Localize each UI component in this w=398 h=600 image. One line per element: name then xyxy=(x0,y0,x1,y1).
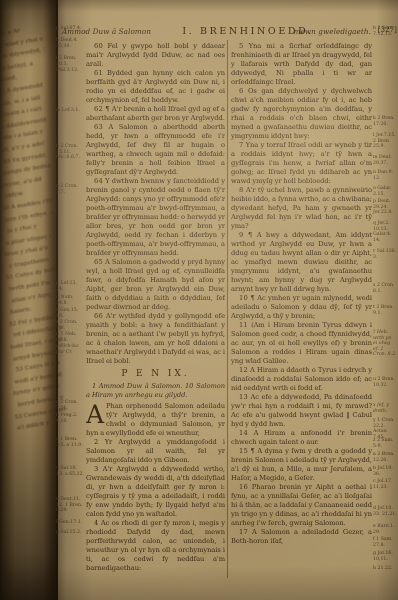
margin-cross-reference: c 1 Bren. 3.5. a 11.9. xyxy=(56,437,85,448)
previous-page-text-line: ddile i a talan y xyxy=(0,126,49,146)
margin-cross-reference: x ſef, y dreth. xyxy=(373,403,397,414)
chapter-argument: 1 Ammod Duw â Salomon. 10 Salomon a Hira… xyxy=(86,382,225,400)
verse-number: 7 xyxy=(239,141,243,149)
verse-number: 15 ¶ xyxy=(239,447,255,455)
previous-page-text-line: bron y rhai a'u xyxy=(4,242,56,262)
margin-cross-reference: u 2 Bren. 10.32. xyxy=(373,377,397,388)
margin-cross-reference: i 2 Bren. 20.3. xyxy=(56,56,85,67)
verse-paragraph: 61 Bydded gan hynny eich calon yn berffa… xyxy=(86,69,225,105)
left-text-column: 60 Fel y gwypo holl bobl y ddaear mai'r … xyxy=(86,42,225,579)
margin-cross-reference: y 1 Cron. 22.2. Actau 7.45. xyxy=(373,418,397,440)
margin-cross-reference: n 2 Cron. 15.11. Mic.6.6,7. xyxy=(56,144,85,161)
margin-cross-reference: g Sal.15.2. xyxy=(56,530,85,536)
margin-cross-reference: g Sal.67.4. xyxy=(56,26,85,32)
verse-number: 17 xyxy=(239,528,248,536)
verse-paragraph: 9 ¶ A hwy a ddywedant, Am iddynt wrthod … xyxy=(231,231,372,294)
margin-cross-reference: r Gen.15. 18. xyxy=(56,308,85,319)
previous-page-text-line: a ddaldswrneth xyxy=(0,115,48,135)
previous-page-text-line: iddyw. xyxy=(5,184,53,204)
verse-paragraph: 7 Yna y torraf Iſrael oddi ar wyneb y ti… xyxy=(231,141,372,186)
previous-page-text-line: a pliar ufogau i xyxy=(6,230,56,250)
verse-number: 5 xyxy=(239,42,243,50)
margin-cross-reference: ddilch-ba- ffar Cr. xyxy=(56,344,85,355)
verse-paragraph: 5 Yna mi a ſicrhaf orſeddfaingc dy frenh… xyxy=(231,42,372,87)
verse-number: 10 ¶ xyxy=(239,294,255,302)
margin-cross-reference: b Joſ.19. 36. xyxy=(373,466,397,477)
verse-paragraph: 66 A'r wythfed dydd y gollyngodd efe yma… xyxy=(86,312,225,366)
margin-cross-reference: a 2 Bren. 12.20. xyxy=(373,452,397,463)
verse-number: 66 xyxy=(94,312,103,320)
previous-page-text-line: lwrth pobl Ew, y xyxy=(8,277,58,297)
previous-page-text-line: fern i'th erbyn, a'u xyxy=(4,207,54,227)
verse-paragraph: 11 (Am i Hiram brenin Tyrus ddwyn i Salo… xyxy=(231,321,372,366)
verse-number: 4 xyxy=(94,519,98,527)
verse-paragraph: APhan orphenodd Salomon adeiladu tŷ'r Ar… xyxy=(86,402,225,438)
margin-cross-reference: a 2 Cron. 7.11. xyxy=(56,400,85,411)
verse-paragraph: 2 Yr Arglwydd a ymddangoſodd i Salomon y… xyxy=(86,438,225,465)
previous-page-text-line: ait, a'r y a adel xyxy=(0,138,50,158)
previous-page-text-line: mangu dy bednar xyxy=(1,161,51,181)
margin-cross-reference: f Gen.17.1. xyxy=(56,520,85,526)
margin-cross-reference: t 2 Bren. 9.1. xyxy=(373,305,397,316)
margin-cross-reference: h 21.22. xyxy=(373,566,397,572)
left-margin-notes: g Sal.67.4.h Deut.4. 35,39.i 2 Bren. 20.… xyxy=(56,0,85,600)
margin-cross-reference: b 2 Sam. 7.12,13. xyxy=(373,26,397,37)
margin-cross-reference: m Lef.3.1. xyxy=(56,108,85,114)
margin-cross-reference: b Preg.2. 4,10. xyxy=(56,413,85,424)
verse-paragraph: 14 A Hiram a anfonodd i'r brenin chwech … xyxy=(231,429,372,447)
verse-number: 65 xyxy=(94,258,103,266)
previous-page-text-line: 52 Fel y byddai xyxy=(9,311,61,331)
verse-paragraph: 15 ¶ A dyma y ſwm y dreth a gododd y bre… xyxy=(231,447,372,483)
margin-cross-reference: u 1 Neh. 8.18. xyxy=(56,332,85,343)
verse-paragraph: 10 ¶ Ac ymhen yr ugain mlynedd, wedi ade… xyxy=(231,294,372,321)
previous-page-text-line: ed i ddeisyfiad y w xyxy=(13,323,61,343)
chapter-heading: P E N IX. xyxy=(86,370,225,379)
right-text-column: 5 Yna mi a ſicrhaf orſeddfaingc dy frenh… xyxy=(231,42,372,579)
margin-cross-reference: l Jer.7.15. 2 Bren. 25.9. xyxy=(373,133,397,150)
verse-number: 13 xyxy=(239,393,248,401)
verse-number: 12 xyxy=(239,366,248,374)
verse-paragraph: 4 Ac os rhodi di ger fy mron i, megis y … xyxy=(86,519,225,573)
margin-cross-reference: † Heb. wrth yn ei olwg ef. 2 Cron. 8.2. xyxy=(373,330,397,358)
previous-page-text-line: nawed, xyxy=(0,68,46,88)
verse-paragraph: 8 A'r tŷ uchel hwn, pawb a gynniweirio h… xyxy=(231,186,372,231)
previous-page-text-line: sion bethyl, a xyxy=(0,57,45,77)
verse-number: 62 ¶ xyxy=(94,105,110,113)
margin-cross-reference: e Deut.11. 12. 1 Bren. 8.29. xyxy=(56,497,85,514)
margin-cross-reference: e Barn.1. 29. xyxy=(373,524,397,535)
previous-page-text-line: 50 A maddeu i'th xyxy=(1,196,53,216)
running-head-right: mewn gweledigaeth. xyxy=(294,27,371,36)
margin-cross-reference: f 1 Sam. 27.8. xyxy=(373,537,397,548)
column-divider-rule xyxy=(227,40,228,578)
verse-number: 14 xyxy=(239,429,248,437)
previous-page-text-line: yng wlad y rhai o xyxy=(0,34,44,54)
margin-cross-reference: q Jer.2. 10,13. Galar.4. 14. xyxy=(373,221,397,243)
previous-page-text-line: mal, a Ar xyxy=(0,22,43,42)
verse-number: 3 xyxy=(94,465,98,473)
verse-number: 2 xyxy=(94,438,98,446)
previous-page-text-line: 49 Yn gyrradd xyxy=(3,149,51,169)
verse-paragraph: 60 Fel y gwypo holl bobl y ddaear mai'r … xyxy=(86,42,225,69)
verse-paragraph: 6 Os gan ddychwelyd y dychwelwch chwi a'… xyxy=(231,87,372,141)
margin-cross-reference: d Joſ.10. 33. 21.21. xyxy=(373,506,397,517)
previous-page-text-line: glon, w. i a iall xyxy=(0,91,47,111)
margin-cross-reference: h Deut.4. 35,39. xyxy=(56,38,85,49)
previous-page-text-line: y tragathamu xyxy=(9,254,57,274)
verse-number: 6 xyxy=(239,87,243,95)
verse-paragraph: 64 Y dwthwn hwnnw y ſancteiddiodd y bren… xyxy=(86,177,225,258)
margin-cross-reference: s 2 Cron. 7.8. xyxy=(56,320,85,331)
margin-cross-reference: q Num. 34.8. xyxy=(56,295,85,306)
previous-page-text-line: 4] A dywedodd xyxy=(0,80,47,100)
margin-cross-reference: k 2 Bren. 17.20. xyxy=(373,116,397,127)
margin-cross-reference: n Dan.9. 12. xyxy=(373,170,397,181)
margin-cross-reference: p Deut. 29.24. Jer.22.8. xyxy=(373,199,397,216)
verse-paragraph: 62 ¶ A'r brenin a holl Iſrael gyd ag ef … xyxy=(86,105,225,123)
right-margin-notes: b 2 Sam. 7.12,13.k 2 Bren. 17.20.l Jer.7… xyxy=(373,0,397,600)
previous-page-text-line: gan ddywedyd, Na xyxy=(0,45,45,65)
drop-cap: A xyxy=(86,402,106,428)
verse-paragraph: 16 Pharao brenin yr Aipht a aethai i fyn… xyxy=(231,483,372,528)
verse-number: 61 xyxy=(94,69,103,77)
margin-cross-reference: r Sal.136. 3. xyxy=(373,249,397,260)
verse-paragraph: 3 A'r Arglwydd a ddywedodd wrtho, Gwrand… xyxy=(86,465,225,519)
verse-number: 16 xyxy=(239,483,248,491)
previous-page-text-line: allan o'r Aipn, o xyxy=(11,288,59,308)
previous-page-text-line: bobl Ifrael, i wran xyxy=(10,335,62,355)
verse-paragraph: 65 A Salomon a gadwodd y pryd hynny wyl,… xyxy=(86,258,225,312)
previous-page-text-line: hwyne, a'u dd xyxy=(0,173,52,193)
margin-cross-reference: c Joſ.17. 11,23. xyxy=(373,479,397,490)
margin-cross-reference: p Lef.23. 34. xyxy=(56,281,85,292)
margin-cross-reference: d Sal.10. 13. a 65.12. xyxy=(56,466,85,477)
verse-paragraph: 17 A Salomon a adeiladodd Gezer, a Beth-… xyxy=(231,528,372,546)
margin-cross-reference: Phil.3.12. xyxy=(56,68,85,74)
previous-page-text-line: pebyain a i cari xyxy=(0,103,48,123)
verse-number: 63 xyxy=(94,123,103,131)
previous-page-edge: mal, a Aryng wlad y rhai ogan ddywedyd, … xyxy=(0,0,58,600)
bible-page: Ammod Duw â Salomon I. BRENHINOEDD. mewn… xyxy=(56,0,398,600)
verse-number: 60 xyxy=(94,42,103,50)
previous-page-text-line: haiarn: xyxy=(10,300,60,320)
margin-cross-reference: o Galar. 2.15. xyxy=(373,186,397,197)
verse-number: 8 xyxy=(239,186,243,194)
verse-paragraph: 13 Ac efe a ddywedodd, Pa ddinaſoedd yw'… xyxy=(231,393,372,429)
verse-number: 9 ¶ xyxy=(239,231,253,239)
verse-number: 11 xyxy=(239,321,248,329)
previous-page-text-line: ju y rhai y xyxy=(7,219,55,239)
verse-paragraph: 63 A Salomon a aberthodd aberth hedd, yr… xyxy=(86,123,225,177)
margin-cross-reference: m Deut. 28.37. xyxy=(373,155,397,166)
verse-paragraph: 12 A Hiram a ddaeth o Tyrus i edrych y d… xyxy=(231,366,372,393)
margin-cross-reference: z 2 Sam. 5.9. xyxy=(373,438,397,449)
margin-cross-reference: s 2 Cron. 8.1. xyxy=(373,283,397,294)
margin-cross-reference: g Joſ.16. 10,11. xyxy=(373,551,397,562)
verse-number: 64 xyxy=(94,177,103,185)
book-photograph: mal, a Aryng wlad y rhai ogan ddywedyd, … xyxy=(0,0,398,600)
margin-cross-reference: o 2 Cron. 7.7. xyxy=(56,184,85,195)
previous-page-text-line: 51 Canys dy bobl xyxy=(6,265,58,285)
